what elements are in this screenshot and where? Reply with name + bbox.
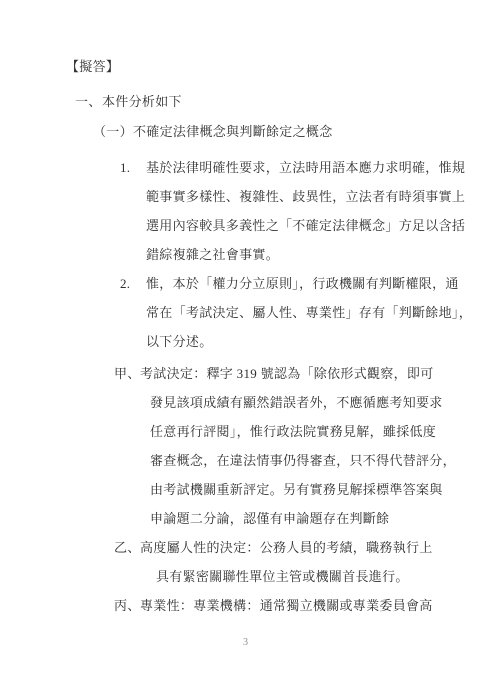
document-page: 【擬答】 一、 本件分析如下 （一） 不確定法律概念與判斷餘定之概念 1. 基於…: [0, 0, 495, 700]
point-2-marker: 2.: [120, 277, 130, 290]
subsection-marker: （一）: [93, 125, 133, 138]
subsection-heading: 不確定法律概念與判斷餘定之概念: [133, 125, 333, 138]
point-1-line-2: 範事實多樣性、複雜性、歧異性，立法者有時須事實上: [146, 190, 465, 203]
subpoint-yi-line-1: 高度屬人性的決定：公務人員的考績，職務執行上: [140, 541, 433, 554]
point-2-line-1: 惟，本於「權力分立原則」，行政機關有判斷權限，通: [146, 277, 459, 290]
point-1-line-3: 選用內容較具多義性之「不確定法律概念」方足以含括: [146, 219, 465, 232]
subpoint-jia-marker: 甲、: [114, 367, 141, 380]
subpoint-jia-line-2: 發見該項成績有顯然錯誤者外，不應循應考知要求: [150, 396, 443, 409]
answer-label: 【擬答】: [66, 60, 119, 73]
subpoint-yi-marker: 乙、: [114, 541, 141, 554]
subpoint-jia-line-1: 考試決定：釋字 319 號認為「除依形式觀察，即可: [140, 367, 434, 380]
point-1-marker: 1.: [120, 161, 130, 174]
subpoint-jia-line-5: 由考試機關重新評定。另有實務見解採標準答案與: [150, 483, 443, 496]
section-heading: 本件分析如下: [102, 95, 182, 108]
subpoint-jia-line-3: 任意再行評閱」，惟行政法院實務見解，雖採低度: [150, 425, 436, 438]
subpoint-jia-line-6: 申論題二分論，認僅有申論題存在判斷餘: [150, 512, 389, 525]
point-1-line-1: 基於法律明確性要求，立法時用語本應力求明確，惟規: [146, 161, 465, 174]
subpoint-jia-line-4: 審查概念，在違法情事仍得審查，只不得代替評分，: [150, 454, 456, 467]
point-1-line-4: 錯綜複雜之社會事實。: [146, 248, 279, 261]
point-2-line-3: 以下分述。: [146, 335, 213, 348]
subpoint-bing-line-1: 專業性：專業機構：通常獨立機關或專業委員會高: [140, 599, 433, 612]
page-number: 3: [243, 638, 248, 648]
section-marker: 一、: [75, 95, 102, 108]
subpoint-bing-marker: 丙、: [114, 599, 141, 612]
subpoint-yi-line-2: 具有緊密關聯性單位主管或機關首長進行。: [156, 570, 409, 583]
point-2-line-2: 常在「考試決定、屬人性、專業性」存有「判斷餘地」，: [146, 306, 472, 319]
